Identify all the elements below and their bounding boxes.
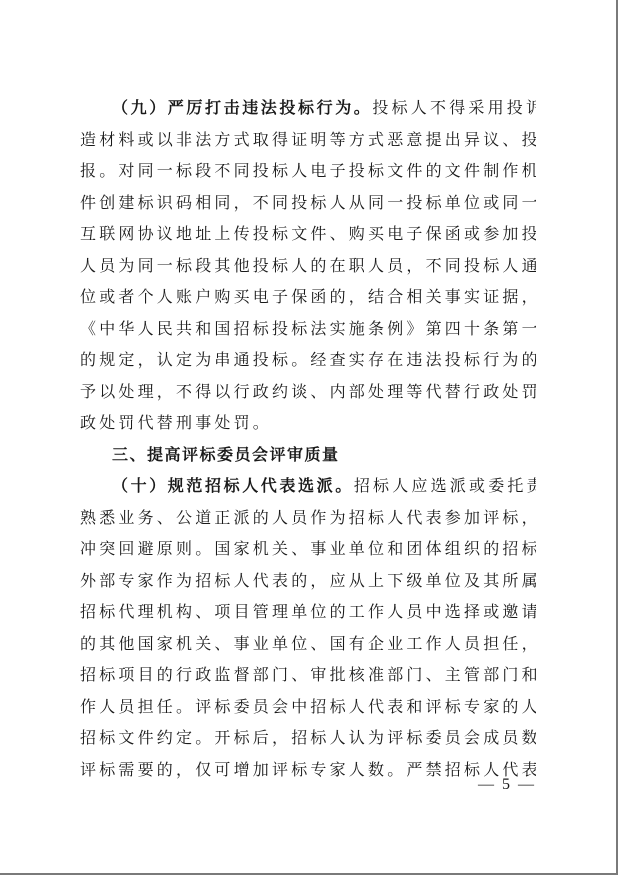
paragraph-line: 报。对同一标段不同投标人电子投标文件的文件制作机器码或文 <box>80 155 536 187</box>
section-heading: 三、提高评标委员会评审质量 <box>80 439 536 471</box>
paragraph-line: 招标文件约定。开标后，招标人认为评标委员会成员数量不满足 <box>80 722 536 754</box>
paragraph-section-ten: （十）规范招标人代表选派。招标人应选派或委托责任心强、 熟悉业务、公道正派的人员… <box>80 470 536 785</box>
paragraph-line: 互联网协议地址上传投标文件、购买电子保函或参加投标活动的 <box>80 218 536 250</box>
paragraph-line: 造材料或以非法方式取得证明等方式恶意提出异议、投诉或者举 <box>80 124 536 156</box>
document-page: （九）严厉打击违法投标行为。投标人不得采用投诉自己、伪 造材料或以非法方式取得证… <box>0 0 618 875</box>
document-body: （九）严厉打击违法投标行为。投标人不得采用投诉自己、伪 造材料或以非法方式取得证… <box>80 92 536 785</box>
section-lead-title: （九）严厉打击违法投标行为。 <box>112 98 372 117</box>
paragraph-line: 予以处理，不得以行政约谈、内部处理等代替行政处罚，不得以行 <box>80 376 536 408</box>
page-number: — 5 — <box>478 776 536 794</box>
paragraph-line: 作人员担任。评标委员会中招标人代表和评标专家的人数应符合 <box>80 691 536 723</box>
heading-section-three-wrapper: 三、提高评标委员会评审质量 <box>80 439 536 471</box>
paragraph-line: 《中华人民共和国招标投标法实施条例》第四十条第一、二、六项 <box>80 313 536 345</box>
section-lead-title: （十）规范招标人代表选派。 <box>112 476 354 495</box>
paragraph-line: （九）严厉打击违法投标行为。投标人不得采用投诉自己、伪 <box>80 92 536 124</box>
paragraph-section-nine: （九）严厉打击违法投标行为。投标人不得采用投诉自己、伪 造材料或以非法方式取得证… <box>80 92 536 439</box>
paragraph-line: 招标代理机构、项目管理单位的工作人员中选择或邀请业务相关 <box>80 596 536 628</box>
paragraph-text: 招标人应选派或委托责任心强、 <box>354 476 536 495</box>
paragraph-text: 投标人不得采用投诉自己、伪 <box>372 98 536 117</box>
paragraph-line: 件创建标识码相同，不同投标人从同一投标单位或同一自然人的 <box>80 187 536 219</box>
paragraph-line: 人员为同一标段其他投标人的在职人员，不同投标人通过同一单 <box>80 250 536 282</box>
paragraph-line: 熟悉业务、公道正派的人员作为招标人代表参加评标，并遵守利益 <box>80 502 536 534</box>
paragraph-line: （十）规范招标人代表选派。招标人应选派或委托责任心强、 <box>80 470 536 502</box>
paragraph-line: 的规定，认定为串通投标。经查实存在违法投标行为的，依法依规 <box>80 344 536 376</box>
paragraph-line: 的其他国家机关、事业单位、国有企业工作人员担任，但不得委托 <box>80 628 536 660</box>
paragraph-line: 政处罚代替刑事处罚。 <box>80 407 536 439</box>
paragraph-line: 招标项目的行政监督部门、审批核准部门、主管部门和审计部门工 <box>80 659 536 691</box>
paragraph-line: 评标需要的，仅可增加评标专家人数。严禁招标人代表私下接触 <box>80 754 536 786</box>
paragraph-line: 位或者个人账户购买电子保函的，结合相关事实证据，分别按照 <box>80 281 536 313</box>
paragraph-line: 外部专家作为招标人代表的，应从上下级单位及其所属事业单位、 <box>80 565 536 597</box>
paragraph-line: 冲突回避原则。国家机关、事业单位和团体组织的招标项目委托 <box>80 533 536 565</box>
